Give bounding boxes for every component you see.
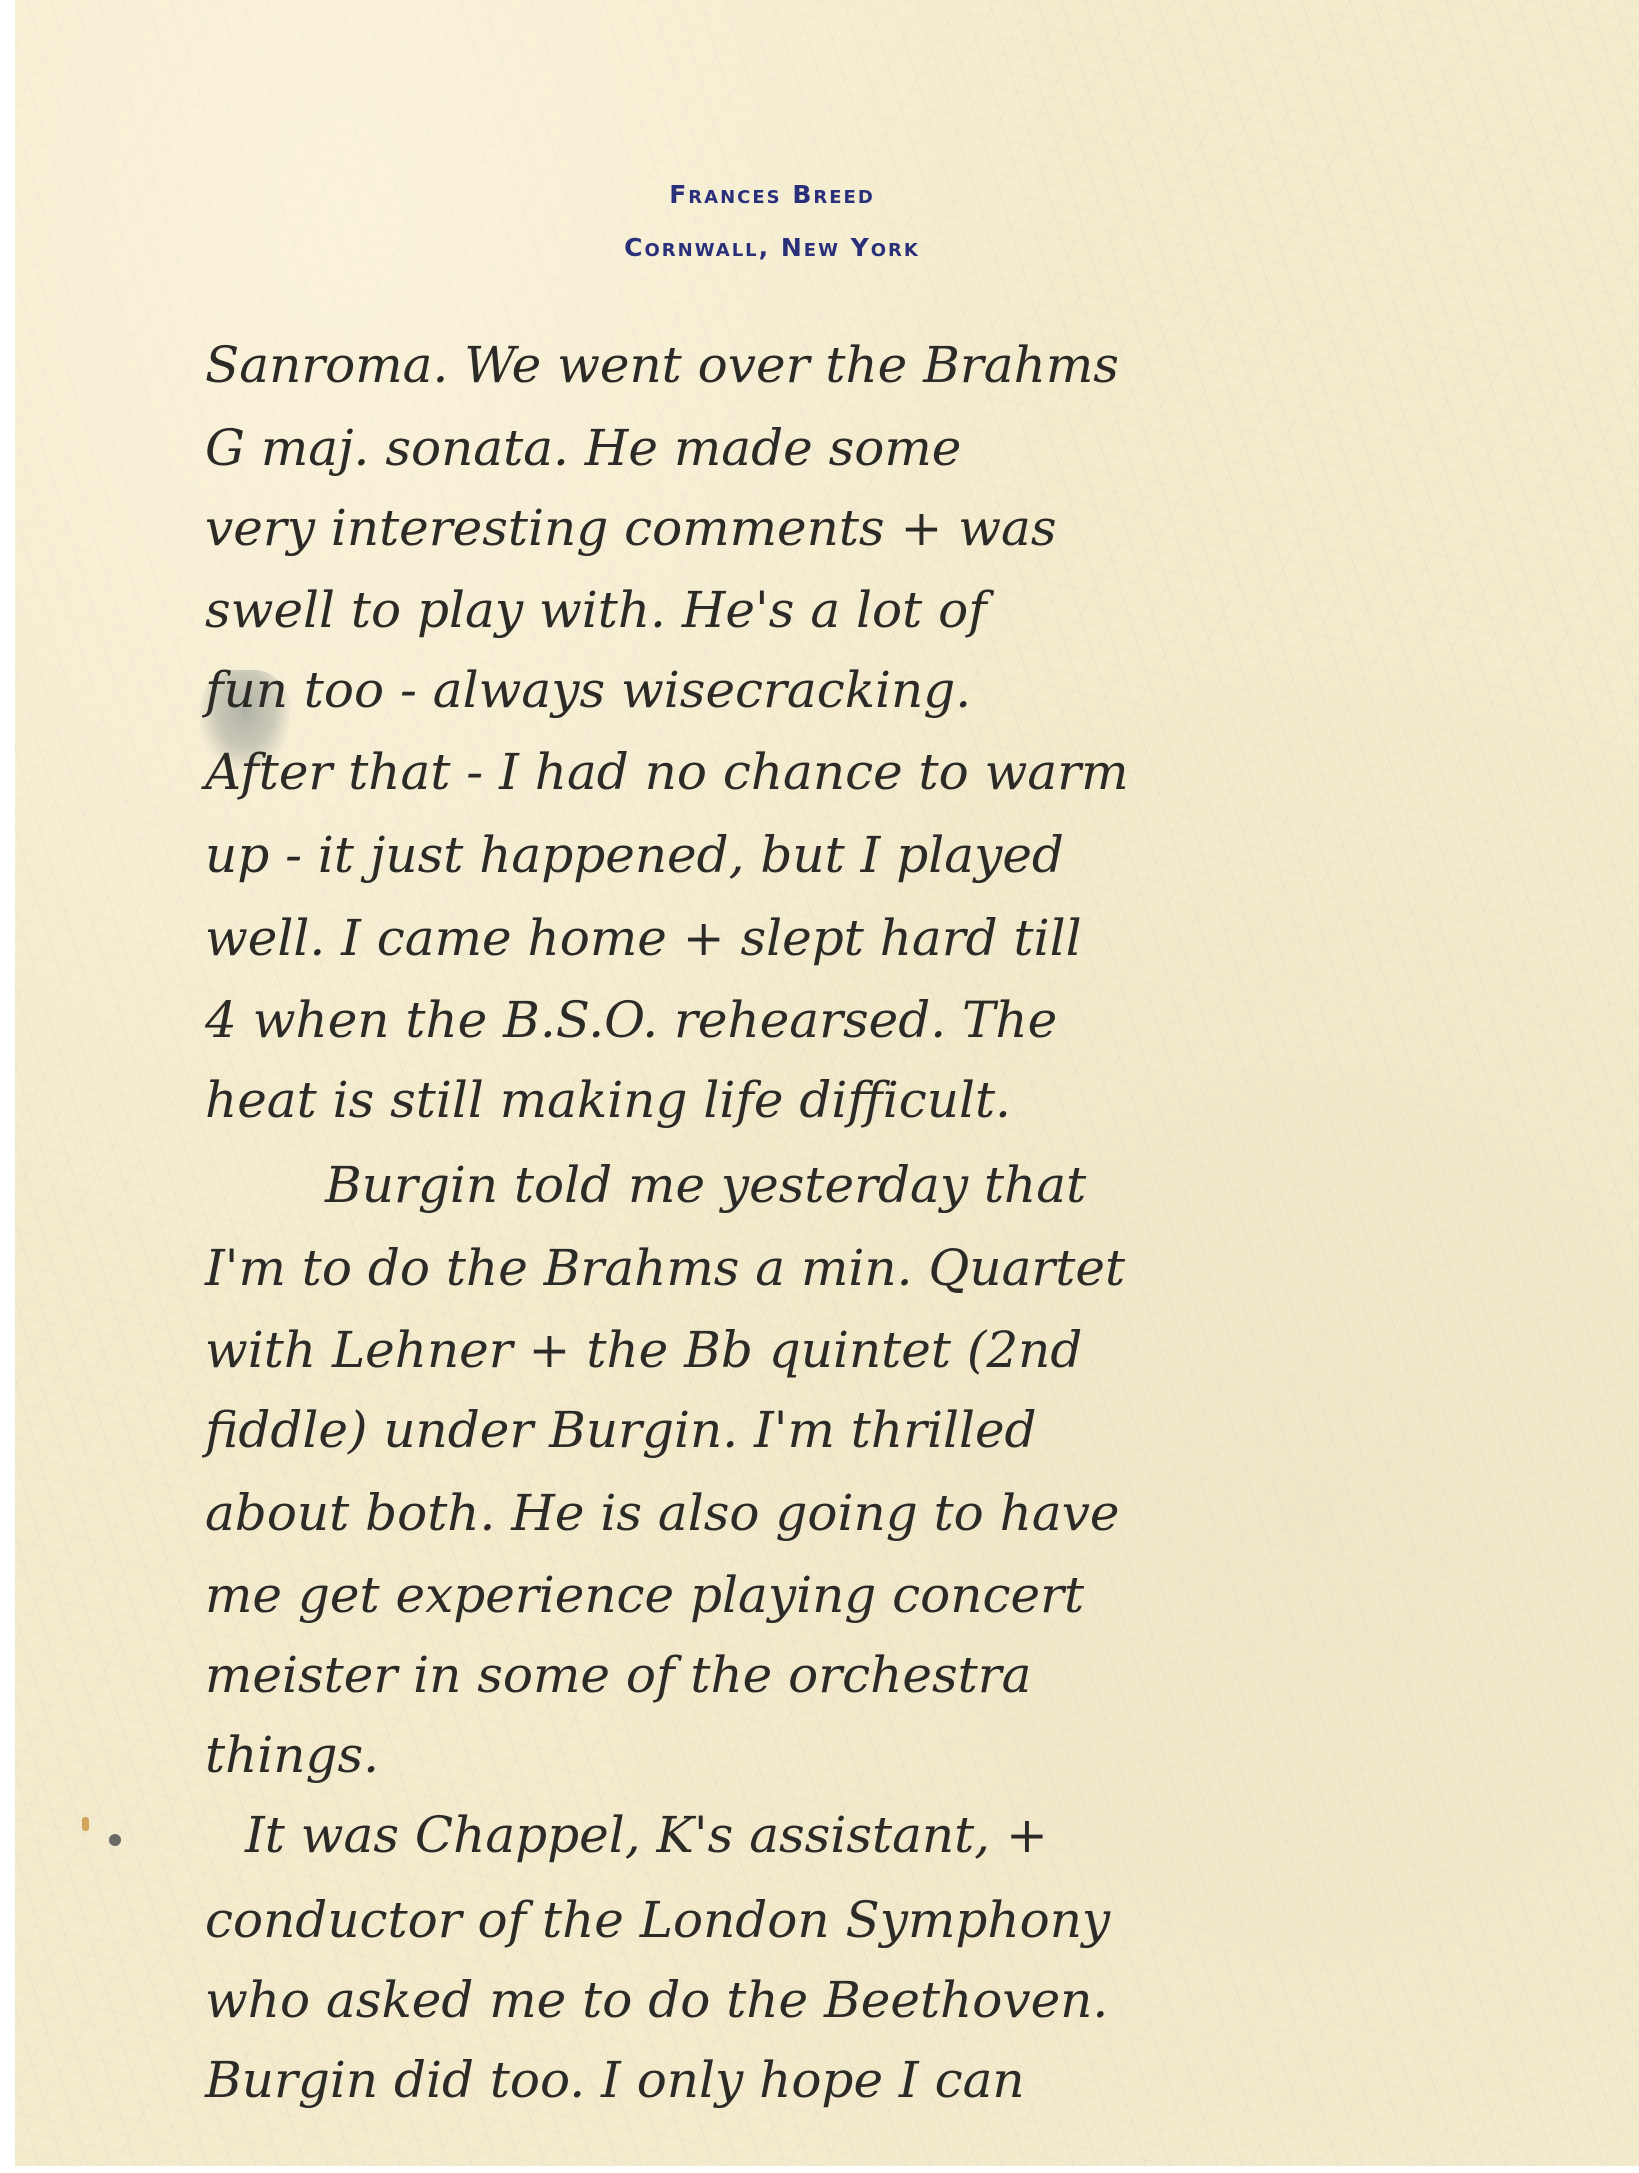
letterhead-location: Cornwall, New York [0, 233, 1584, 262]
letterhead-name: Frances Breed [0, 180, 1584, 209]
ink-dot [109, 1834, 121, 1846]
paper-fleck [82, 1817, 89, 1831]
letter-page: Frances Breed Cornwall, New York Sanroma… [15, 0, 1639, 2166]
